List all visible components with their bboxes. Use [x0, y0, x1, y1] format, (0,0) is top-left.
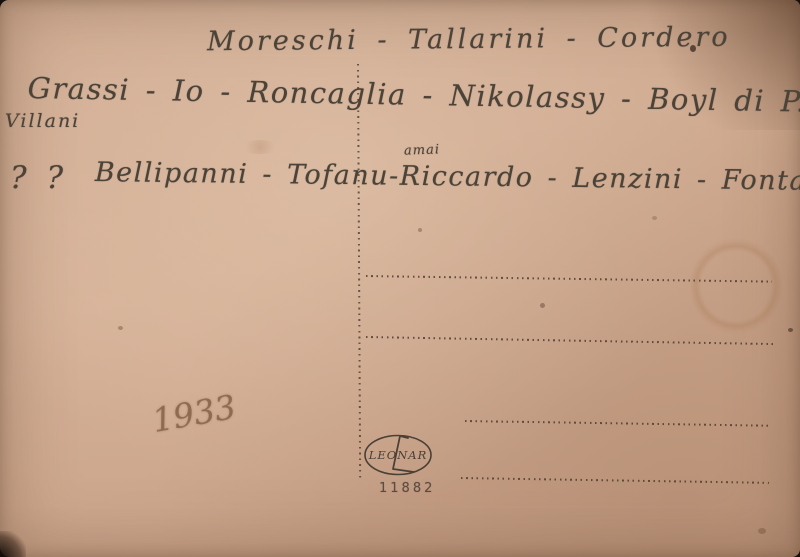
address-dotted-line-1 — [366, 275, 772, 283]
handwritten-annotation: amai — [404, 142, 441, 158]
handwritten-name-villani: Villani — [5, 110, 80, 132]
address-dotted-line-4 — [461, 477, 769, 484]
address-dotted-line-2 — [366, 336, 776, 345]
handwritten-names-row-2: Grassi - Io - Roncaglia - Nikolassy - Bo… — [27, 71, 800, 119]
paper-speck — [240, 140, 280, 154]
paper-speck — [118, 326, 123, 330]
serial-number: 11882 — [379, 481, 435, 496]
leonar-logo-text: LEONAR — [368, 448, 428, 462]
address-dotted-line-3 — [465, 420, 771, 427]
handwritten-question-marks: ? ? — [10, 160, 63, 196]
paper-speck — [652, 216, 657, 220]
handwritten-names-row-3: Bellipanni - Tofanu-Riccardo - Lenzini -… — [95, 157, 800, 197]
ring-stain — [690, 238, 782, 334]
paper-speck — [418, 228, 422, 232]
paper-speck — [540, 303, 545, 308]
leonar-logo-icon: LEONAR — [362, 433, 434, 481]
postcard-back: Moreschi - Tallarini - Cordero Grassi - … — [0, 0, 800, 557]
handwritten-date: 1933 — [149, 387, 238, 440]
paper-speck — [788, 328, 793, 332]
paper-speck — [758, 528, 766, 534]
torn-dark-corner — [0, 531, 26, 557]
handwritten-names-row-1: Moreschi - Tallarini - Cordero — [207, 22, 731, 58]
divider-dotted-line — [357, 64, 361, 478]
